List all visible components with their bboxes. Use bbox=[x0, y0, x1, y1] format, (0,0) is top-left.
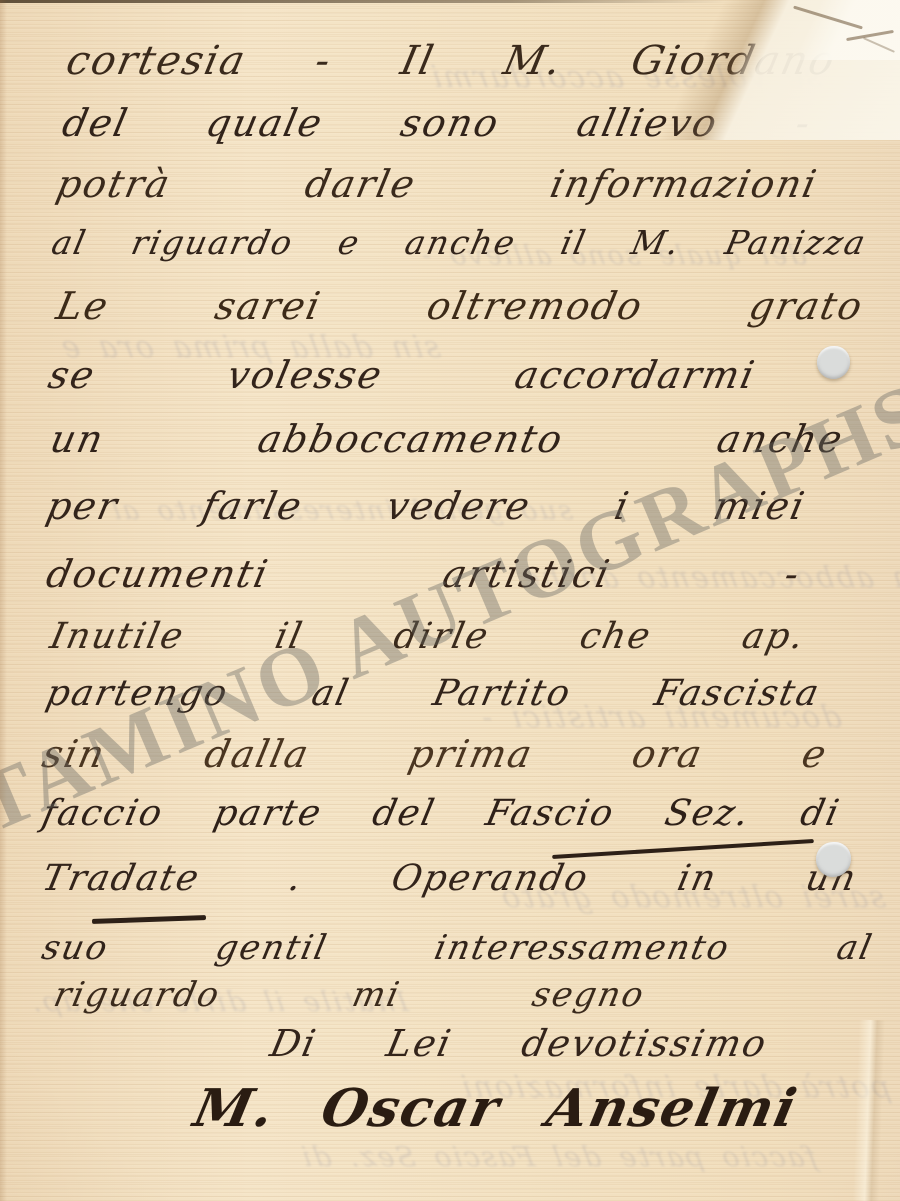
bleedthrough-ghost: faccio parte del Fascio Sez. di bbox=[297, 1140, 819, 1174]
underline-tradate bbox=[92, 915, 206, 924]
handwritten-line-10: Inutile il dirle che ap. bbox=[46, 614, 810, 659]
handwritten-line-16: riguardo mi segno bbox=[50, 974, 649, 1017]
handwritten-line-14: Tradate . Operando in un bbox=[38, 856, 862, 901]
handwritten-line-13: faccio parte del Fascio Sez. di bbox=[38, 791, 845, 836]
scan-left-edge bbox=[0, 0, 7, 1201]
handwritten-line-15: suo gentil interessamento al bbox=[38, 927, 877, 970]
letter-page: se volesse accordarmidel quale sono alli… bbox=[0, 0, 900, 1201]
punch-hole-2 bbox=[816, 842, 851, 877]
signature-line: M. Oscar Anselmi bbox=[188, 1076, 804, 1141]
handwritten-line-11: partengo al Partito Fascista bbox=[42, 671, 825, 716]
handwritten-line-4: al riguardo e anche il M. Panizza bbox=[48, 222, 871, 263]
handwritten-line-3: potrà darle informazioni bbox=[52, 161, 822, 209]
handwritten-line-8: per farle vedere i miei bbox=[42, 483, 810, 531]
handwritten-line-6: se volesse accordarmi bbox=[44, 352, 760, 400]
handwritten-line-5: Le sarei oltremodo grato bbox=[52, 283, 868, 331]
handwritten-line-7: un abboccamento anche bbox=[46, 416, 848, 464]
punch-hole-1 bbox=[817, 346, 850, 379]
handwritten-line-9: documenti artistici - bbox=[42, 551, 805, 599]
corner-fold-tip bbox=[750, 0, 900, 60]
handwritten-line-12: sin dalla prima ora e bbox=[38, 731, 832, 779]
scan-top-edge bbox=[0, 0, 730, 3]
bottom-right-crease bbox=[853, 1020, 885, 1201]
handwritten-line-17: Di Lei devotissimo bbox=[266, 1021, 772, 1067]
